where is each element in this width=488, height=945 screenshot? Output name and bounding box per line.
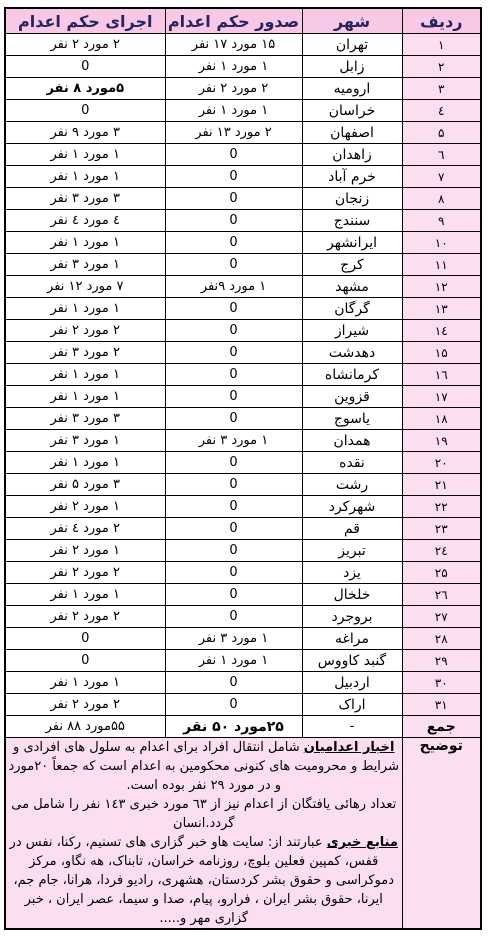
col-header-sentences-executed: اجرای حکم اعدام	[5, 8, 165, 34]
total-city-cell: -	[302, 716, 402, 738]
col-header-row-number: ردیف	[402, 8, 481, 34]
city-cell: زنجان	[302, 188, 402, 210]
table-row: ١٣گرگان0١ مورد ١ نفر	[5, 298, 481, 320]
row-number-cell: ٢٧	[402, 606, 481, 628]
executed-cell: ١ مورد ١ نفر	[5, 166, 165, 188]
executed-cell: ٣ مورد ٩ نفر	[5, 122, 165, 144]
issued-cell: ٢ مورد ١٣ نفر	[165, 122, 302, 144]
col-header-city: شهر	[302, 8, 402, 34]
city-cell: مشهد	[302, 276, 402, 298]
row-number-cell: ٢۵	[402, 562, 481, 584]
row-number-cell: ٢٦	[402, 584, 481, 606]
row-number-cell: ٢	[402, 56, 481, 78]
city-cell: کرج	[302, 254, 402, 276]
issued-cell: 0	[165, 386, 302, 408]
issued-cell: 0	[165, 606, 302, 628]
table-row: ٢٣قم0٢ مورد ٤ نفر	[5, 518, 481, 540]
row-number-cell: ٢٢	[402, 496, 481, 518]
issued-cell: 0	[165, 320, 302, 342]
issued-cell: 0	[165, 254, 302, 276]
row-number-cell: ١٣	[402, 298, 481, 320]
city-cell: گنبد کاووس	[302, 650, 402, 672]
city-cell: قم	[302, 518, 402, 540]
executions-by-city-table: ردیف شهر صدور حکم اعدام اجرای حکم اعدام …	[4, 7, 482, 930]
executed-cell: ٢ مورد ٢ نفر	[5, 34, 165, 56]
executed-cell: ٣ مورد ٣ نفر	[5, 408, 165, 430]
row-number-cell: ١	[402, 34, 481, 56]
table-row: ٨زنجان0٣ مورد ٣ نفر	[5, 188, 481, 210]
notes-text: اخبار اعدامیان شامل انتقال افراد برای اع…	[5, 738, 402, 930]
issued-cell: ١ مورد ١ نفر	[165, 650, 302, 672]
table-row: ٢٠نقده0١ مورد ١ نفر	[5, 452, 481, 474]
row-number-cell: ١٨	[402, 408, 481, 430]
executed-cell: ١ مورد ١ نفر	[5, 452, 165, 474]
city-cell: همدان	[302, 430, 402, 452]
notes-row: توضیح اخبار اعدامیان شامل انتقال افراد ب…	[5, 738, 481, 930]
row-number-cell: ١٩	[402, 430, 481, 452]
note-1-lead: اخبار اعدامیان	[304, 740, 395, 755]
city-cell: مراغه	[302, 628, 402, 650]
issued-cell: 0	[165, 474, 302, 496]
executed-cell: ١ مورد ١ نفر	[5, 672, 165, 694]
city-cell: شیراز	[302, 320, 402, 342]
total-executed-cell: ۵۵مورد ٨٨ نفر	[5, 716, 165, 738]
issued-cell: 0	[165, 518, 302, 540]
executed-cell: ٧ مورد ١٢ نفر	[5, 276, 165, 298]
table-row: ١تهران١۵ مورد ١٧ نفر٢ مورد ٢ نفر	[5, 34, 481, 56]
issued-cell: 0	[165, 166, 302, 188]
city-cell: شهرکرد	[302, 496, 402, 518]
row-number-cell: ٣١	[402, 694, 481, 716]
issued-cell: ١ مورد ٩نفر	[165, 276, 302, 298]
table-row: ٢٤تبریز0١ مورد ٢ نفر	[5, 540, 481, 562]
table-row: ٢٩گنبد کاووس١ مورد ١ نفر0	[5, 650, 481, 672]
executed-cell: ٢ مورد ٤ نفر	[5, 518, 165, 540]
row-number-cell: ٣٠	[402, 672, 481, 694]
row-number-cell: ٢٤	[402, 540, 481, 562]
executed-cell: ٣ مورد ۵ نفر	[5, 474, 165, 496]
city-cell: اردبیل	[302, 672, 402, 694]
executed-cell: ۵مورد ٨ نفر	[5, 78, 165, 100]
document-page: ردیف شهر صدور حکم اعدام اجرای حکم اعدام …	[0, 0, 488, 945]
row-number-cell: ٢١	[402, 474, 481, 496]
table-row: ٣ارومیه٢ مورد ٢ نفر۵مورد ٨ نفر	[5, 78, 481, 100]
city-cell: ارومیه	[302, 78, 402, 100]
table-row: ١٩همدان١ مورد ٣ نفر١ مورد ٣ نفر	[5, 430, 481, 452]
city-cell: یزد	[302, 562, 402, 584]
executed-cell: ١ مورد ١ نفر	[5, 584, 165, 606]
issued-cell: ٢ مورد ٢ نفر	[165, 78, 302, 100]
issued-cell: ١ مورد ١ نفر	[165, 56, 302, 78]
table-row: ٣٠اردبیل0١ مورد ١ نفر	[5, 672, 481, 694]
issued-cell: 0	[165, 694, 302, 716]
city-cell: اراک	[302, 694, 402, 716]
executed-cell: ٢ مورد ٢ نفر	[5, 606, 165, 628]
table-body: ١تهران١۵ مورد ١٧ نفر٢ مورد ٢ نفر٢زابل١ م…	[5, 34, 481, 716]
table-row: ١٨یاسوج0٣ مورد ٣ نفر	[5, 408, 481, 430]
total-label: جمع	[402, 716, 481, 738]
executed-cell: ١ مورد ٣ نفر	[5, 430, 165, 452]
executed-cell: ٣ مورد ٣ نفر	[5, 188, 165, 210]
row-number-cell: ٣	[402, 78, 481, 100]
row-number-cell: ٢٣	[402, 518, 481, 540]
executed-cell: ١ مورد ٢ نفر	[5, 496, 165, 518]
row-number-cell: ٧	[402, 166, 481, 188]
issued-cell: 0	[165, 232, 302, 254]
issued-cell: 0	[165, 584, 302, 606]
executed-cell: ١ مورد ١ نفر	[5, 364, 165, 386]
executed-cell: ١ مورد ١ نفر	[5, 144, 165, 166]
issued-cell: ١ مورد ٣ نفر	[165, 430, 302, 452]
executed-cell: ٢ مورد ٢ نفر	[5, 320, 165, 342]
table-row: ٤خراسان١ مورد ١ نفر0	[5, 100, 481, 122]
row-number-cell: ١٤	[402, 320, 481, 342]
executed-cell: ١ مورد ١ نفر	[5, 232, 165, 254]
executed-cell: ٢ مورد ٣ نفر	[5, 342, 165, 364]
issued-cell: 0	[165, 452, 302, 474]
city-cell: خراسان	[302, 100, 402, 122]
executed-cell: ١ مورد ٢ نفر	[5, 540, 165, 562]
city-cell: تهران	[302, 34, 402, 56]
city-cell: گرگان	[302, 298, 402, 320]
table-row: ٣١اراک0٢ مورد ٢ نفر	[5, 694, 481, 716]
issued-cell: 0	[165, 144, 302, 166]
issued-cell: 0	[165, 672, 302, 694]
city-cell: اصفهان	[302, 122, 402, 144]
row-number-cell: ٨	[402, 188, 481, 210]
notes-label: توضیح	[402, 738, 481, 930]
issued-cell: ١۵ مورد ١٧ نفر	[165, 34, 302, 56]
city-cell: زابل	[302, 56, 402, 78]
table-row: ٢٦خلخال0١ مورد ١ نفر	[5, 584, 481, 606]
issued-cell: 0	[165, 188, 302, 210]
executed-cell: 0	[5, 650, 165, 672]
row-number-cell: ١٦	[402, 364, 481, 386]
table-row: ١٠ایرانشهر0١ مورد ١ نفر	[5, 232, 481, 254]
table-header-row: ردیف شهر صدور حکم اعدام اجرای حکم اعدام	[5, 8, 481, 34]
total-row: جمع - ٢۵مورد ۵٠ نقر ۵۵مورد ٨٨ نفر	[5, 716, 481, 738]
row-number-cell: ٢٩	[402, 650, 481, 672]
note-3-lead: منابع خبری	[327, 835, 398, 850]
executed-cell: 0	[5, 100, 165, 122]
table-row: ١٧قزوین0١ مورد ١ نفر	[5, 386, 481, 408]
issued-cell: ١ مورد ٣ نفر	[165, 628, 302, 650]
col-header-sentences-issued: صدور حکم اعدام	[165, 8, 302, 34]
note-paragraph-2: تعداد رهائی یافتگان از اعدام نیز از ٦٣ م…	[6, 795, 402, 833]
note-paragraph-3: منابع خبری عبارتند از: سایت هاو خبر گزار…	[6, 833, 402, 928]
city-cell: کرمانشاه	[302, 364, 402, 386]
table-row: ١١کرج0١ مورد ٣ نفر	[5, 254, 481, 276]
table-row: ٦زاهدان0١ مورد ١ نفر	[5, 144, 481, 166]
issued-cell: 0	[165, 562, 302, 584]
row-number-cell: ١٠	[402, 232, 481, 254]
total-issued-cell: ٢۵مورد ۵٠ نقر	[165, 716, 302, 738]
table-row: ١٤شیراز0٢ مورد ٢ نفر	[5, 320, 481, 342]
executed-cell: ٢ مورد ٢ نفر	[5, 562, 165, 584]
city-cell: دهدشت	[302, 342, 402, 364]
table-row: ١۵دهدشت0٢ مورد ٣ نفر	[5, 342, 481, 364]
issued-cell: 0	[165, 364, 302, 386]
executed-cell: ١ مورد ١ نفر	[5, 298, 165, 320]
table-row: ٢٧بروجرد0٢ مورد ٢ نفر	[5, 606, 481, 628]
row-number-cell: ٩	[402, 210, 481, 232]
issued-cell: 0	[165, 298, 302, 320]
city-cell: خرم آباد	[302, 166, 402, 188]
city-cell: بروجرد	[302, 606, 402, 628]
row-number-cell: ۵	[402, 122, 481, 144]
executed-cell: ١ مورد ٣ نفر	[5, 254, 165, 276]
executed-cell: 0	[5, 628, 165, 650]
city-cell: تبریز	[302, 540, 402, 562]
executed-cell: 0	[5, 56, 165, 78]
table-row: ١٦کرمانشاه0١ مورد ١ نفر	[5, 364, 481, 386]
city-cell: نقده	[302, 452, 402, 474]
row-number-cell: ٤	[402, 100, 481, 122]
table-row: ٢٢شهرکرد0١ مورد ٢ نفر	[5, 496, 481, 518]
city-cell: خلخال	[302, 584, 402, 606]
executed-cell: ٤ مورد ٤ نفر	[5, 210, 165, 232]
table-row: ٧خرم آباد0١ مورد ١ نفر	[5, 166, 481, 188]
city-cell: سنندج	[302, 210, 402, 232]
row-number-cell: ١٧	[402, 386, 481, 408]
issued-cell: 0	[165, 210, 302, 232]
table-row: ٢زابل١ مورد ١ نفر0	[5, 56, 481, 78]
table-row: ۵اصفهان٢ مورد ١٣ نفر٣ مورد ٩ نفر	[5, 122, 481, 144]
issued-cell: 0	[165, 342, 302, 364]
city-cell: ایرانشهر	[302, 232, 402, 254]
city-cell: یاسوج	[302, 408, 402, 430]
row-number-cell: ١٢	[402, 276, 481, 298]
table-row: ٢١رشت0٣ مورد ۵ نفر	[5, 474, 481, 496]
table-row: ٢۵یزد0٢ مورد ٢ نفر	[5, 562, 481, 584]
issued-cell: 0	[165, 496, 302, 518]
row-number-cell: ٢٨	[402, 628, 481, 650]
issued-cell: ١ مورد ١ نفر	[165, 100, 302, 122]
city-cell: زاهدان	[302, 144, 402, 166]
issued-cell: 0	[165, 540, 302, 562]
city-cell: قزوین	[302, 386, 402, 408]
note-paragraph-1: اخبار اعدامیان شامل انتقال افراد برای اع…	[6, 738, 402, 795]
table-row: ٩سنندج0٤ مورد ٤ نفر	[5, 210, 481, 232]
row-number-cell: ١۵	[402, 342, 481, 364]
row-number-cell: ١١	[402, 254, 481, 276]
row-number-cell: ٦	[402, 144, 481, 166]
city-cell: رشت	[302, 474, 402, 496]
row-number-cell: ٢٠	[402, 452, 481, 474]
table-row: ٢٨مراغه١ مورد ٣ نفر0	[5, 628, 481, 650]
executed-cell: ٢ مورد ٢ نفر	[5, 694, 165, 716]
issued-cell: 0	[165, 408, 302, 430]
executed-cell: ١ مورد ١ نفر	[5, 386, 165, 408]
table-row: ١٢مشهد١ مورد ٩نفر٧ مورد ١٢ نفر	[5, 276, 481, 298]
